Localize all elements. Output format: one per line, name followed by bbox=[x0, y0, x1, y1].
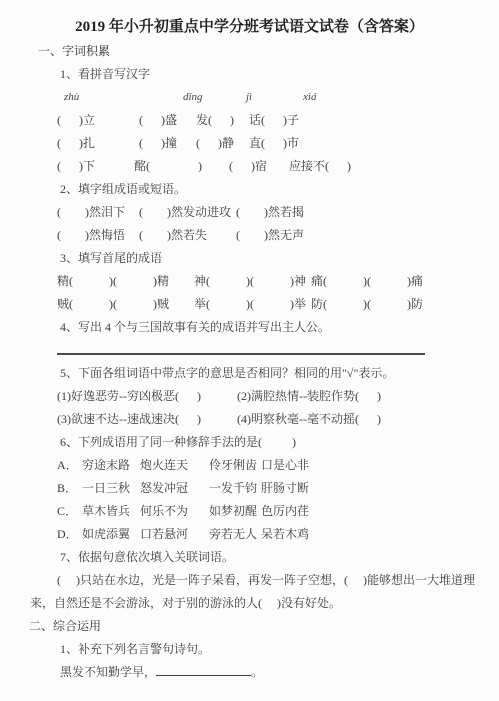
q2-blank: ( )然泪下 bbox=[57, 201, 139, 224]
q6-option-row: C． 草木皆兵 何乐不为 如梦初醒 色厉内荏 bbox=[57, 500, 499, 523]
q6-option-row: B． 一日三秋 怒发冲冠 一发千钧 肝肠寸断 bbox=[57, 477, 499, 500]
pinyin-zhu: zhù bbox=[64, 86, 79, 109]
q6-option-key: B． bbox=[57, 477, 82, 500]
q1-blank: ( )立 bbox=[57, 109, 139, 132]
q1-blank: ( )扎 bbox=[57, 132, 139, 155]
q6-idiom: 何乐不为 bbox=[140, 500, 209, 523]
s2-q1-sentence: 黑发不知勤学早，。 bbox=[60, 661, 499, 684]
q7-label: 7、依据句意依次填入关联词语。 bbox=[60, 546, 499, 569]
q1-blank: ( )下 bbox=[57, 155, 134, 178]
q6-idiom: 旁若无人 bbox=[209, 523, 261, 546]
q2-row: ( )然悔悟 ( )然若失 ( )然无声 bbox=[57, 224, 499, 247]
q3-blank: 贼( )( )贼 bbox=[57, 293, 194, 316]
pinyin-ding: dǐng bbox=[183, 86, 203, 109]
s2-q1-sentence-suffix: 。 bbox=[251, 665, 263, 679]
q5-item: (1)好逸恶劳--穷凶极恶( ) bbox=[57, 385, 237, 408]
q2-row: ( )然泪下 ( )然发动进攻 ( )然若揭 bbox=[57, 201, 499, 224]
q1-blank: ( )盛 bbox=[139, 109, 196, 132]
pinyin-ji: jì bbox=[246, 86, 252, 109]
q3-label: 3、填写首尾的成语 bbox=[60, 247, 499, 270]
q6-idiom: 口是心非 bbox=[261, 454, 499, 477]
q6-option-key: A． bbox=[57, 454, 82, 477]
s2-q1-sentence-prefix: 黑发不知勤学早， bbox=[60, 665, 156, 679]
s2-q1-label: 1、补充下列名言警句诗句。 bbox=[60, 638, 499, 661]
q5-row: (3)欲速不达--速战速决( ) (4)明察秋毫--毫不动摇( ) bbox=[57, 408, 499, 431]
q3-blank: 精( )( )精 bbox=[57, 270, 194, 293]
q2-blank: ( )然悔悟 bbox=[57, 224, 139, 247]
q1-pinyin-row: zhù dǐng jì xiá bbox=[0, 86, 499, 109]
q4-answer-row bbox=[57, 339, 499, 362]
q1-row: ( )扎 ( )撞 ( )静 直( )市 bbox=[57, 132, 499, 155]
q6-label: 6、下列成语用了同一种修辞手法的是( ) bbox=[60, 431, 499, 454]
q6-idiom: 如梦初醒 bbox=[209, 500, 261, 523]
q3-blank: 举( )( )举 bbox=[194, 293, 311, 316]
q5-item: (2)满腔热情--装腔作势( ) bbox=[237, 385, 499, 408]
q1-blank: ( )撞 bbox=[139, 132, 196, 155]
s2-q1-answer-blank bbox=[156, 663, 251, 676]
q2-blank: ( )然无声 bbox=[236, 224, 499, 247]
q1-row: ( )下 酩( ) ( )宿 应接不( ) bbox=[57, 155, 499, 178]
q6-option-row: A． 穷途末路 炮火连天 伶牙俐齿 口是心非 bbox=[57, 454, 499, 477]
pinyin-xia: xiá bbox=[303, 86, 316, 109]
q6-idiom: 色厉内荏 bbox=[261, 500, 499, 523]
q6-option-key: D． bbox=[57, 523, 82, 546]
q6-idiom: 肝肠寸断 bbox=[261, 477, 499, 500]
q1-blank: 直( )市 bbox=[249, 132, 499, 155]
q1-blank: 应接不( ) bbox=[289, 155, 499, 178]
q6-idiom: 口若悬河 bbox=[140, 523, 209, 546]
q5-item: (4)明察秋毫--毫不动摇( ) bbox=[237, 408, 499, 431]
q1-row: ( )立 ( )盛 发( ) 话( )子 bbox=[57, 109, 499, 132]
q2-blank: ( )然若失 bbox=[139, 224, 236, 247]
q6-idiom: 炮火连天 bbox=[140, 454, 209, 477]
q7-sentence-line2: 来，自然还是不会游泳，对于别的游泳的人( )没有好处。 bbox=[30, 592, 499, 615]
q3-row: 精( )( )精 神( )( )神 痛( )( )痛 bbox=[57, 270, 499, 293]
q3-blank: 神( )( )神 bbox=[194, 270, 311, 293]
q6-idiom: 草木皆兵 bbox=[82, 500, 140, 523]
q2-blank: ( )然若揭 bbox=[236, 201, 499, 224]
q4-answer-blank-line bbox=[57, 339, 425, 355]
q1-blank: 发( ) bbox=[196, 109, 249, 132]
q6-idiom: 呆若木鸡 bbox=[261, 523, 499, 546]
q1-blank: 话( )子 bbox=[249, 109, 499, 132]
section-2-heading: 二、综合运用 bbox=[29, 615, 499, 638]
q6-idiom: 怒发冲冠 bbox=[140, 477, 209, 500]
q1-blank: ( )宿 bbox=[229, 155, 289, 178]
q3-row: 贼( )( )贼 举( )( )举 防( )( )防 bbox=[57, 293, 499, 316]
exam-title: 2019 年小升初重点中学分班考试语文试卷（含答案） bbox=[0, 0, 499, 40]
q1-label: 1、看拼音写汉字 bbox=[60, 63, 499, 86]
q5-item: (3)欲速不达--速战速决( ) bbox=[57, 408, 237, 431]
q5-label: 5、下面各组词语中带点字的意思是否相同？相同的用"√"表示。 bbox=[60, 362, 499, 385]
section-1-heading: 一、字词积累 bbox=[38, 40, 499, 63]
q3-blank: 防( )( )防 bbox=[311, 293, 499, 316]
q4-label: 4、写出 4 个与三国故事有关的成语并写出主人公。 bbox=[60, 316, 499, 339]
q1-blank: ( )静 bbox=[196, 132, 249, 155]
q6-idiom: 如虎添翼 bbox=[82, 523, 140, 546]
q6-option-row: D． 如虎添翼 口若悬河 旁若无人 呆若木鸡 bbox=[57, 523, 499, 546]
q3-blank: 痛( )( )痛 bbox=[311, 270, 499, 293]
q2-label: 2、填字组成语或短语。 bbox=[60, 178, 499, 201]
q6-idiom: 伶牙俐齿 bbox=[209, 454, 261, 477]
q1-blank: 酩( ) bbox=[134, 155, 229, 178]
q6-idiom: 一发千钧 bbox=[209, 477, 261, 500]
q6-option-key: C． bbox=[57, 500, 82, 523]
q6-idiom: 一日三秋 bbox=[82, 477, 140, 500]
q6-idiom: 穷途末路 bbox=[82, 454, 140, 477]
q5-row: (1)好逸恶劳--穷凶极恶( ) (2)满腔热情--装腔作势( ) bbox=[57, 385, 499, 408]
exam-paper: 2019 年小升初重点中学分班考试语文试卷（含答案） 一、字词积累 1、看拼音写… bbox=[0, 0, 499, 701]
q2-blank: ( )然发动进攻 bbox=[139, 201, 236, 224]
q7-sentence-line1: ( )只站在水边，光是一阵子呆看，再发一阵子空想，( )能够想出一大堆道理 bbox=[57, 569, 499, 592]
